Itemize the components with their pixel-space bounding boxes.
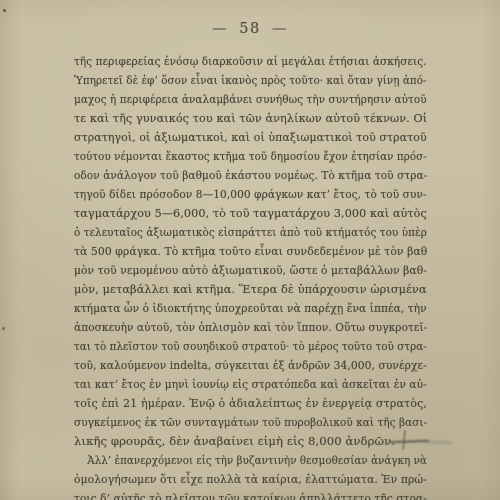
text-line-3: μαχος ἡ περιφέρεια ἀναλαμβάνει συνήθως τ… — [74, 90, 391, 109]
text-line-15: ἀποσκευὴν αὐτοῦ, τὸν ὁπλισμὸν καὶ τὸν ἵπ… — [74, 318, 394, 337]
text-line-12: μὸν τοῦ νεμομένου αὐτὸ ἀξιωματικοῦ, ὥστε… — [74, 261, 399, 280]
paper-speck — [2, 327, 5, 330]
text-line-24: τοις δ’ αὐτῆς τὸ πλεῖστον τῶν κατοίκων ἀ… — [74, 489, 397, 500]
text-line-17: τοῦ, καλούμενον indelta, σύγκειται ἐξ ἀν… — [74, 356, 399, 375]
text-line-4: τε καὶ τῆς γυναικός του καὶ τῶν ἀνηλίκων… — [74, 109, 415, 128]
text-line-20: συγκείμενος ἐκ τῶν συνταγμάτων τοῦ πυροβ… — [74, 413, 391, 432]
text-line-8: τηγοῦ δίδει πρόσοδον 8—10,000 φράγκων κα… — [74, 185, 395, 204]
text-line-2: Ὑπηρετεῖ δὲ ἐφ’ ὅσον εἶναι ἱκανὸς πρὸς τ… — [74, 71, 388, 90]
text-line-11: τὰ 500 φράγκα. Τὸ κτῆμα τοῦτο εἶναι συνδ… — [74, 242, 402, 261]
text-line-5: στρατηγοὶ, οἱ ἀξιωματικοὶ, καὶ οἱ ὑπαξιω… — [74, 128, 407, 147]
text-line-7: οδον ἀνάλογον τοῦ βαθμοῦ ἑκάστου νομέως.… — [74, 166, 394, 185]
text-line-23: ὁμολογήσωμεν ὅτι εἶχε πολλὰ τὰ καίρια, ἐ… — [74, 470, 402, 489]
text-line-18: ται κατ’ ἔτος ἐν μηνὶ ἰουνίῳ εἰς στρατόπ… — [74, 375, 395, 394]
page-number: — 58 — — [0, 21, 500, 37]
text-line-10: ὁ τελευταῖος ἀξιωματικὸς εἰσπράττει ἀπὸ … — [74, 223, 390, 242]
text-line-1: τῆς περιφερείας ἐνόσῳ διαρκοῦσιν αἱ μεγά… — [74, 52, 393, 71]
text-line-6: τούτου νέμονται ἕκαστος κτῆμα τοῦ δημοσί… — [74, 147, 387, 166]
body-text: τῆς περιφερείας ἐνόσῳ διαρκοῦσιν αἱ μεγά… — [74, 52, 427, 500]
text-line-22: Ἀλλ’ ἐπανερχόμενοι εἰς τὴν βυζαντινὴν θε… — [74, 451, 386, 470]
pencil-smudge-tail — [426, 441, 452, 444]
paper-speck — [3, 9, 6, 12]
text-line-16: ται τὸ πλεῖστον τοῦ σουηδικοῦ στρατοῦ· τ… — [74, 337, 386, 356]
text-line-13: μὸν, μεταβάλλει καὶ κτῆμα. Ἕτερα δὲ ὑπάρ… — [74, 280, 417, 299]
book-page: — 58 — τῆς περιφερείας ἐνόσῳ διαρκοῦσιν … — [0, 0, 500, 500]
text-line-19: τοῖς ἐπὶ 21 ἡμέραν. Ἐνῷ ὁ ἀδιαλείπτως ἐν… — [74, 394, 413, 413]
text-line-14: κτήματα ὧν ὁ ἰδιοκτήτης ὑποχρεοῦται νὰ π… — [74, 299, 396, 318]
text-line-9: ταγματάρχου 5—6,000, τὸ τοῦ ταγματάρχου … — [74, 204, 414, 223]
text-line-21: λικῆς φρουρᾶς, δὲν ἀναβαίνει εἰμὴ εἰς 8,… — [74, 432, 427, 451]
